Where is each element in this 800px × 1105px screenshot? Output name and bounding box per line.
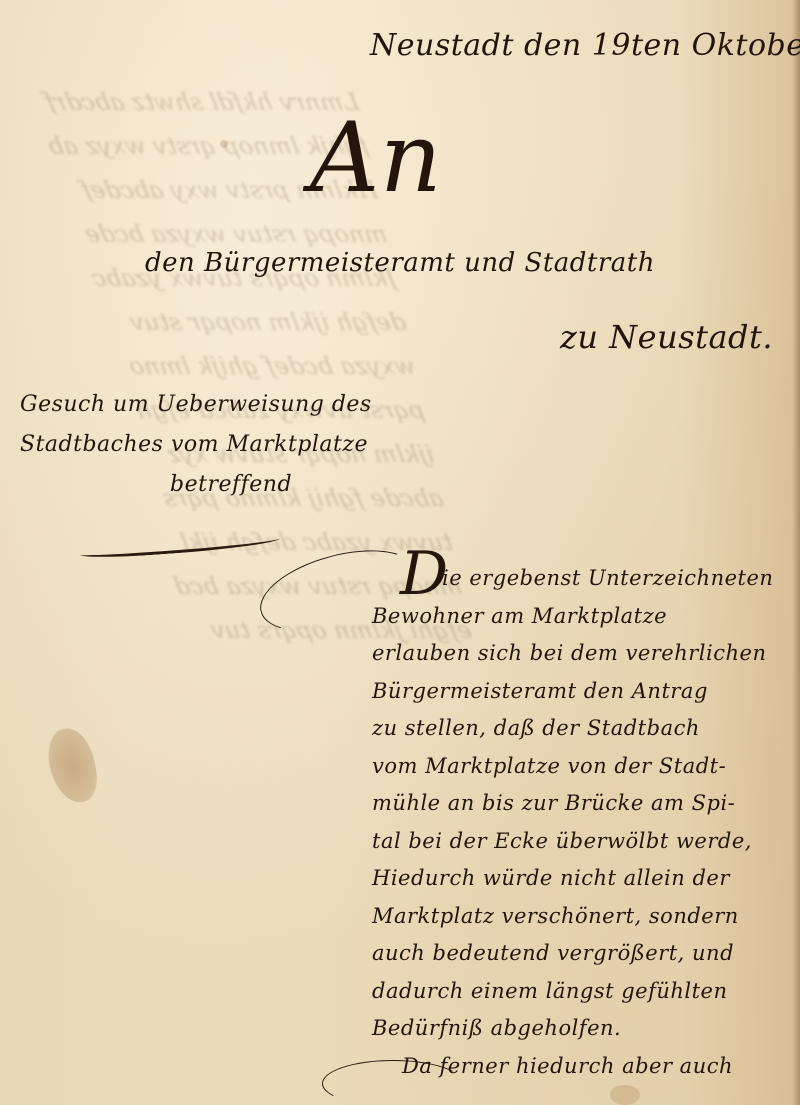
- body-line: Bedürfniß abgeholfen.: [372, 1010, 773, 1048]
- body-line: auch bedeutend vergrößert, und: [372, 935, 773, 973]
- water-stain: [44, 725, 101, 807]
- body-line: Hiedurch würde nicht allein der: [372, 860, 773, 898]
- body-line: mühle an bis zur Brücke am Spi-: [372, 785, 773, 823]
- body-line: erlauben sich bei dem verehrlichen: [372, 635, 773, 673]
- letter-body: D ie ergebenst Unterzeichneten Bewohner …: [372, 560, 773, 1085]
- subject-block: Gesuch um Ueberweisung des Stadtbaches v…: [20, 385, 372, 505]
- document-page: Lmnrv hkfdl shwtz abcdrf fghjk lmnop qrs…: [0, 0, 800, 1105]
- addressee-line-2: zu Neustadt.: [560, 318, 773, 356]
- subject-line: Gesuch um Ueberweisung des: [20, 385, 372, 425]
- body-line: Marktplatz verschönert, sondern: [372, 898, 773, 936]
- paragraph-flourish: [322, 1060, 464, 1105]
- subject-line: betreffend: [20, 465, 372, 505]
- foxing-spot: [610, 1085, 640, 1105]
- body-line: vom Marktplatze von der Stadt-: [372, 748, 773, 786]
- addressee-line-1: den Bürgermeisteramt und Stadtrath: [145, 248, 655, 278]
- body-line: dadurch einem längst gefühlten: [372, 973, 773, 1011]
- place-date-line: Neustadt den 19ten Oktober 1853.: [370, 28, 800, 63]
- body-line: Bürgermeisteramt den Antrag: [372, 673, 773, 711]
- body-line: tal bei der Ecke überwölbt werde,: [372, 823, 773, 861]
- foxing-spot: [220, 140, 228, 148]
- body-line: zu stellen, daß der Stadtbach: [372, 710, 773, 748]
- body-initial: D: [400, 554, 449, 594]
- page-edge-shadow: [792, 0, 800, 1105]
- salutation-initial: An: [310, 110, 442, 206]
- subject-line: Stadtbaches vom Marktplatze: [20, 425, 372, 465]
